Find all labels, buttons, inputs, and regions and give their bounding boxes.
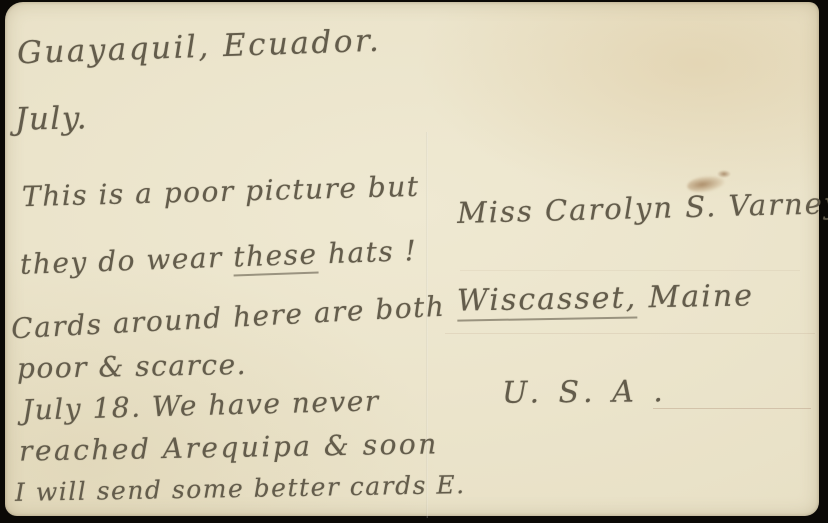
address-line-country: U. S. A . — [502, 377, 668, 408]
message-line-date: July 18. We have never — [22, 387, 380, 424]
message-line: Cards around here are both — [11, 293, 446, 344]
postcard-scan: Guayaquil, Ecuador. July. This is a poor… — [0, 0, 828, 523]
message-line: they do wear these hats ! — [20, 237, 418, 279]
message-line-place: Guayaquil, Ecuador. — [17, 26, 382, 70]
message-line-part: hats ! — [317, 234, 418, 270]
message-line: reached Arequipa & soon — [19, 430, 439, 465]
message-line: poor & scarce. — [17, 351, 247, 383]
message-line-month: July. — [15, 103, 89, 135]
address-line-recipient: Miss Carolyn S. Varney — [457, 189, 828, 228]
foxing-stain — [717, 170, 731, 178]
address-city-underlined: Wiscasset, — [457, 280, 638, 321]
address-line-city-state: Wiscasset, Maine — [457, 281, 754, 316]
address-state: Maine — [637, 278, 754, 315]
message-line: This is a poor picture but — [22, 173, 420, 211]
message-word-underlined: these — [233, 238, 319, 277]
message-line-signature: I will send some better cards E. — [15, 472, 466, 505]
address-rule-line — [460, 270, 800, 271]
postcard-paper: Guayaquil, Ecuador. July. This is a poor… — [5, 2, 819, 516]
message-line-part: they do wear — [20, 241, 234, 281]
address-rule-line — [445, 333, 815, 334]
address-rule-line — [653, 408, 811, 409]
